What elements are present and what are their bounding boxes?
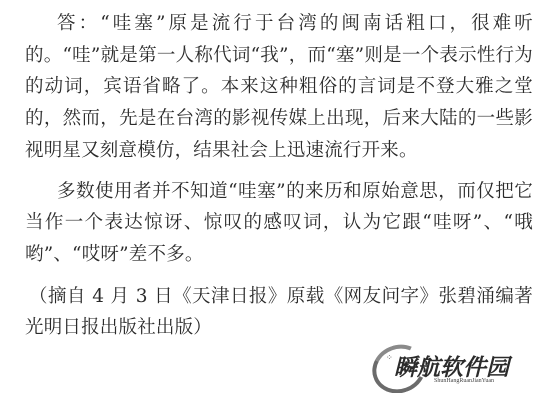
- document-body: 答：“哇塞”原是流行于台湾的闽南话粗口，很难听的。“哇”就是第一人称代词“我”，…: [25, 8, 533, 344]
- paragraph-answer: 答：“哇塞”原是流行于台湾的闽南话粗口，很难听的。“哇”就是第一人称代词“我”，…: [25, 8, 533, 167]
- watermark-subtitle: ShunHangRuanJianYuan: [434, 378, 494, 384]
- paragraph-usage: 多数使用者并不知道“哇塞”的来历和原始意思，而仅把它当作一个表达惊讶、惊叹的感叹…: [25, 176, 533, 271]
- citation: （摘自 4 月 3 日《天津日报》原载《网友问字》张碧涌编著光明日报出版社出版）: [25, 281, 533, 344]
- logo-dots-icon: ⁘: [386, 353, 394, 362]
- watermark-logo: ⁘ 瞬航软件园 ShunHangRuanJianYuan: [372, 345, 542, 389]
